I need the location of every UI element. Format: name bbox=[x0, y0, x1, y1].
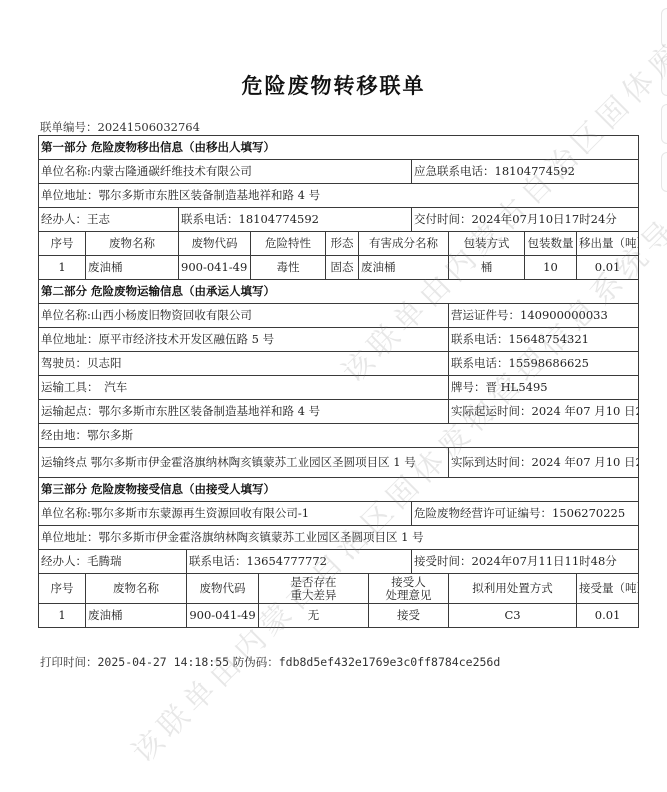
col-header: 是否存在 重大差异 bbox=[259, 574, 369, 604]
part2-driver: 驾驶员：贝志阳 bbox=[39, 352, 449, 376]
col-header: 移出量（吨） bbox=[577, 232, 639, 256]
cell-form: 固态 bbox=[326, 256, 359, 280]
col-header: 废物名称 bbox=[86, 232, 179, 256]
anti-fake-label: 防伪码： bbox=[229, 655, 279, 669]
col-header: 接受人 处理意见 bbox=[369, 574, 449, 604]
col-header: 接受量（吨） bbox=[577, 574, 639, 604]
part2-header: 第二部分 危险废物运输信息（由承运人填写） bbox=[39, 280, 639, 304]
col-header: 废物名称 bbox=[86, 574, 187, 604]
part3-header: 第三部分 危险废物接受信息（由接受人填写） bbox=[39, 478, 639, 502]
part1-header: 第一部分 危险废物移出信息（由移出人填写） bbox=[39, 136, 639, 160]
part1-unit-name: 单位名称:内蒙古隆通碳纤维技术有限公司 bbox=[39, 160, 412, 184]
part1-header-row: 第一部分 危险废物移出信息（由移出人填写） bbox=[39, 136, 639, 160]
col-header: 序号 bbox=[39, 232, 86, 256]
part2-unit-phone: 联系电话：15648754321 bbox=[449, 328, 639, 352]
part2-destination: 运输终点 鄂尔多斯市伊金霍洛旗纳林陶亥镇蒙苏工业园区圣圆项目区 1 号 bbox=[39, 448, 449, 478]
serial-number: 联单编号：20241506032764 bbox=[40, 119, 200, 135]
part2-license: 营运证件号：140900000033 bbox=[449, 304, 639, 328]
anti-fake-code: fdb8d5ef432e1769e3c0ff8784ce256d bbox=[279, 655, 501, 669]
cell-quantity: 0.01 bbox=[577, 604, 639, 628]
part3-unit-name: 单位名称:鄂尔多斯市东蒙源再生资源回收有限公司-1 bbox=[39, 502, 412, 526]
part2-departure-time: 实际起运时间：2024 年07 月10 日20 时01 分 bbox=[449, 400, 639, 424]
cell-quantity: 0.01 bbox=[577, 256, 639, 280]
cell-pack-count: 10 bbox=[525, 256, 577, 280]
cell-component: 废油桶 bbox=[359, 256, 449, 280]
manifest-form: 第一部分 危险废物移出信息（由移出人填写） 单位名称:内蒙古隆通碳纤维技术有限公… bbox=[38, 135, 638, 628]
part2-arrival-time: 实际到达时间：2024 年07 月10 日21 时24 分 bbox=[449, 448, 639, 478]
col-header: 包装方式 bbox=[449, 232, 525, 256]
cell-waste-name: 废油桶 bbox=[86, 256, 179, 280]
print-time-label: 打印时间： bbox=[40, 655, 98, 669]
part2-driver-phone: 联系电话：15598686625 bbox=[449, 352, 639, 376]
cell-hazard: 毒性 bbox=[251, 256, 326, 280]
part2-plate: 牌号：晋 HL5495 bbox=[449, 376, 639, 400]
print-time: 2025-04-27 14:18:55 bbox=[98, 655, 230, 669]
part3-table-header: 序号 废物名称 废物代码 是否存在 重大差异 接受人 处理意见 拟利用处置方式 … bbox=[39, 574, 639, 604]
part3-permit: 危险废物经营许可证编号：1506270225 bbox=[412, 502, 639, 526]
side-button[interactable] bbox=[661, 152, 667, 192]
side-button[interactable] bbox=[661, 8, 667, 48]
part1-handler: 经办人：王志 bbox=[39, 208, 179, 232]
side-button[interactable] bbox=[661, 104, 667, 144]
part1-blank bbox=[412, 184, 639, 208]
part3-phone: 联系电话：13654777772 bbox=[187, 550, 412, 574]
part1-unit-address: 单位地址：鄂尔多斯市东胜区装备制造基地祥和路 4 号 bbox=[39, 184, 412, 208]
col-header: 有害成分名称 bbox=[359, 232, 449, 256]
part1-delivery-time: 交付时间：2024年07月10日17时24分 bbox=[412, 208, 639, 232]
cell-waste-code: 900-041-49 bbox=[179, 256, 251, 280]
cell-opinion: 接受 bbox=[369, 604, 449, 628]
col-header: 形态 bbox=[326, 232, 359, 256]
part3-handler: 经办人：毛腾瑞 bbox=[39, 550, 187, 574]
cell-waste-name: 废油桶 bbox=[86, 604, 187, 628]
col-header: 序号 bbox=[39, 574, 86, 604]
part2-unit-name: 单位名称:山西小杨废旧物资回收有限公司 bbox=[39, 304, 449, 328]
col-header: 废物代码 bbox=[179, 232, 251, 256]
part1-emergency-phone: 应急联系电话：18104774592 bbox=[412, 160, 639, 184]
cell-disposal: C3 bbox=[449, 604, 577, 628]
cell-waste-code: 900-041-49 bbox=[187, 604, 259, 628]
footer: 打印时间：2025-04-27 14:18:55 防伪码：fdb8d5ef432… bbox=[40, 654, 500, 670]
page-title: 危险废物转移联单 bbox=[0, 70, 667, 100]
cell-packaging: 桶 bbox=[449, 256, 525, 280]
part2-origin: 运输起点：鄂尔多斯市东胜区装备制造基地祥和路 4 号 bbox=[39, 400, 449, 424]
col-header: 拟利用处置方式 bbox=[449, 574, 577, 604]
part2-via: 经由地：鄂尔多斯 bbox=[39, 424, 639, 448]
col-header: 危险特性 bbox=[251, 232, 326, 256]
table-row: 1 废油桶 900-041-49 无 接受 C3 0.01 bbox=[39, 604, 639, 628]
col-header: 废物代码 bbox=[187, 574, 259, 604]
part2-vehicle: 运输工具： 汽车 bbox=[39, 376, 449, 400]
part3-unit-address: 单位地址：鄂尔多斯市伊金霍洛旗纳林陶亥镇蒙苏工业园区圣圆项目区 1 号 bbox=[39, 526, 639, 550]
cell-seq: 1 bbox=[39, 256, 86, 280]
part2-unit-address: 单位地址：原平市经济技术开发区融伍路 5 号 bbox=[39, 328, 449, 352]
col-header: 包装数量 bbox=[525, 232, 577, 256]
part1-table-header: 序号 废物名称 废物代码 危险特性 形态 有害成分名称 包装方式 包装数量 移出… bbox=[39, 232, 639, 256]
table-row: 1 废油桶 900-041-49 毒性 固态 废油桶 桶 10 0.01 bbox=[39, 256, 639, 280]
cell-discrepancy: 无 bbox=[259, 604, 369, 628]
cell-seq: 1 bbox=[39, 604, 86, 628]
part3-receive-time: 接受时间：2024年07月11日11时48分 bbox=[412, 550, 639, 574]
side-toolbar bbox=[661, 8, 667, 200]
part1-phone: 联系电话：18104774592 bbox=[179, 208, 412, 232]
